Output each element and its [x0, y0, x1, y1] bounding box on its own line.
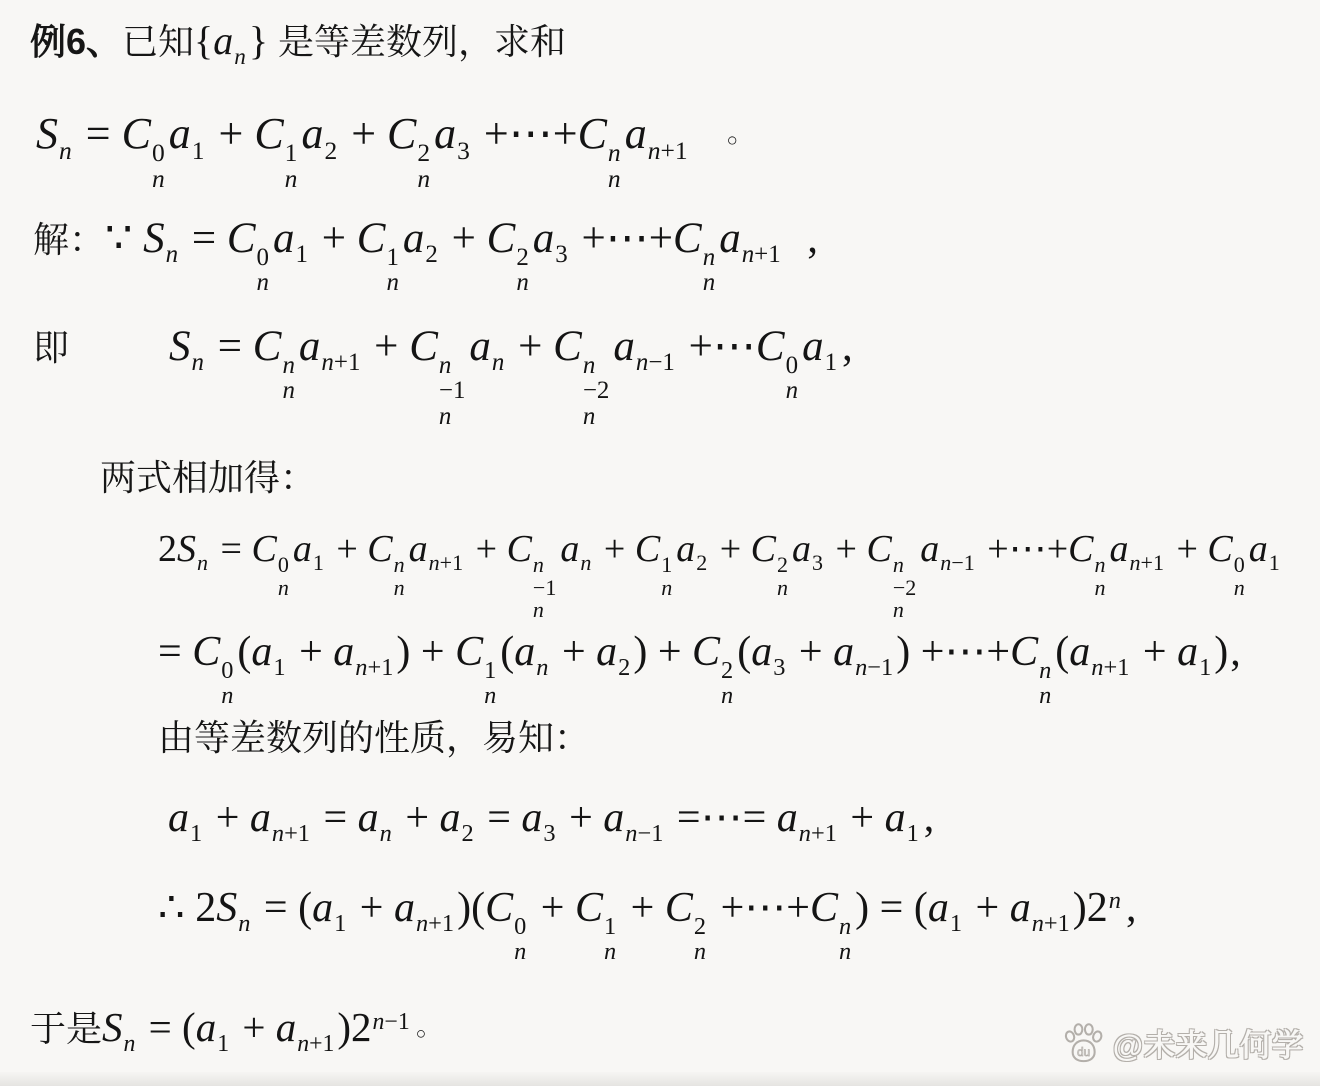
watermark: du @未来几何学	[1061, 1020, 1304, 1065]
math-segment: ∵ Sn = C0na1 + C1na2 + C2na3 +⋯+Cnnan+1 …	[105, 215, 820, 262]
formula-sn-binomial: Sn = C0na1 + C1na2 + C2na3 +⋯+Cnnan+1 ○	[36, 102, 741, 192]
paw-du-label: du	[1077, 1045, 1090, 1058]
example-heading: 例6、已知{an} 是等差数列，求和	[30, 12, 566, 74]
math-segment: Sn = (a1 + an+1)2n−1○	[102, 1004, 429, 1050]
math-segment: Sn = Cnnan+1 + Cn−1nan + Cn−2nan−1 +⋯C0n…	[169, 323, 855, 370]
text-segment: 于是	[30, 1008, 102, 1049]
watermark-handle: @未来几何学	[1113, 1020, 1304, 1065]
text-add-two-equations: 两式相加得：	[100, 452, 316, 504]
equation-2sn-result: ∴ 2Sn = (a1 + an+1)(C0n + C1n + C2n +⋯+C…	[158, 878, 1138, 964]
equation-pair-sums: a1 + an+1 = an + a2 = a3 + an−1 =⋯= an+1…	[168, 788, 936, 852]
text-segment: 两式相加得：	[100, 457, 316, 498]
math-segment: = C0n(a1 + an+1) + C1n(an + a2) + C2n(a3…	[158, 629, 1243, 675]
text-segment: 已知	[122, 21, 194, 62]
math-segment: ∴ 2Sn = (a1 + an+1)(C0n + C1n + C2n +⋯+C…	[158, 885, 1138, 931]
text-segment: 例6、	[30, 21, 122, 62]
text-segment: 由等差数列的性质，易知：	[158, 717, 590, 758]
equation-2sn-grouped: = C0n(a1 + an+1) + C1n(an + a2) + C2n(a3…	[158, 622, 1243, 708]
equation-2sn-expanded: 2Sn = C0na1 + Cnnan+1 + Cn−1nan + C1na2 …	[158, 522, 1283, 622]
baidu-paw-icon: du	[1061, 1021, 1105, 1065]
math-segment: a1 + an+1 = an + a2 = a3 + an−1 =⋯= an+1…	[168, 795, 936, 841]
solution-because-line: 解：∵ Sn = C0na1 + C1na2 + C2na3 +⋯+Cnnan+…	[33, 208, 820, 296]
text-arithmetic-property: 由等差数列的性质，易知：	[158, 712, 590, 764]
equation-reversed: 即Sn = Cnnan+1 + Cn−1nan + Cn−2nan−1 +⋯C0…	[33, 316, 855, 429]
math-segment: {an}	[194, 18, 268, 63]
text-segment: 即	[33, 327, 69, 368]
text-segment: 解：	[33, 219, 105, 260]
bottom-border	[0, 1072, 1320, 1086]
conclusion-line: 于是Sn = (a1 + an+1)2n−1○	[30, 998, 429, 1061]
text-segment: 是等差数列，求和	[268, 21, 566, 62]
math-segment: Sn = C0na1 + C1na2 + C2na3 +⋯+Cnnan+1 ○	[36, 109, 741, 158]
document-page: { "page": { "background": "#f8f7f5", "te…	[0, 0, 1320, 1086]
math-segment: 2Sn = C0na1 + Cnnan+1 + Cn−1nan + C1na2 …	[158, 528, 1283, 570]
